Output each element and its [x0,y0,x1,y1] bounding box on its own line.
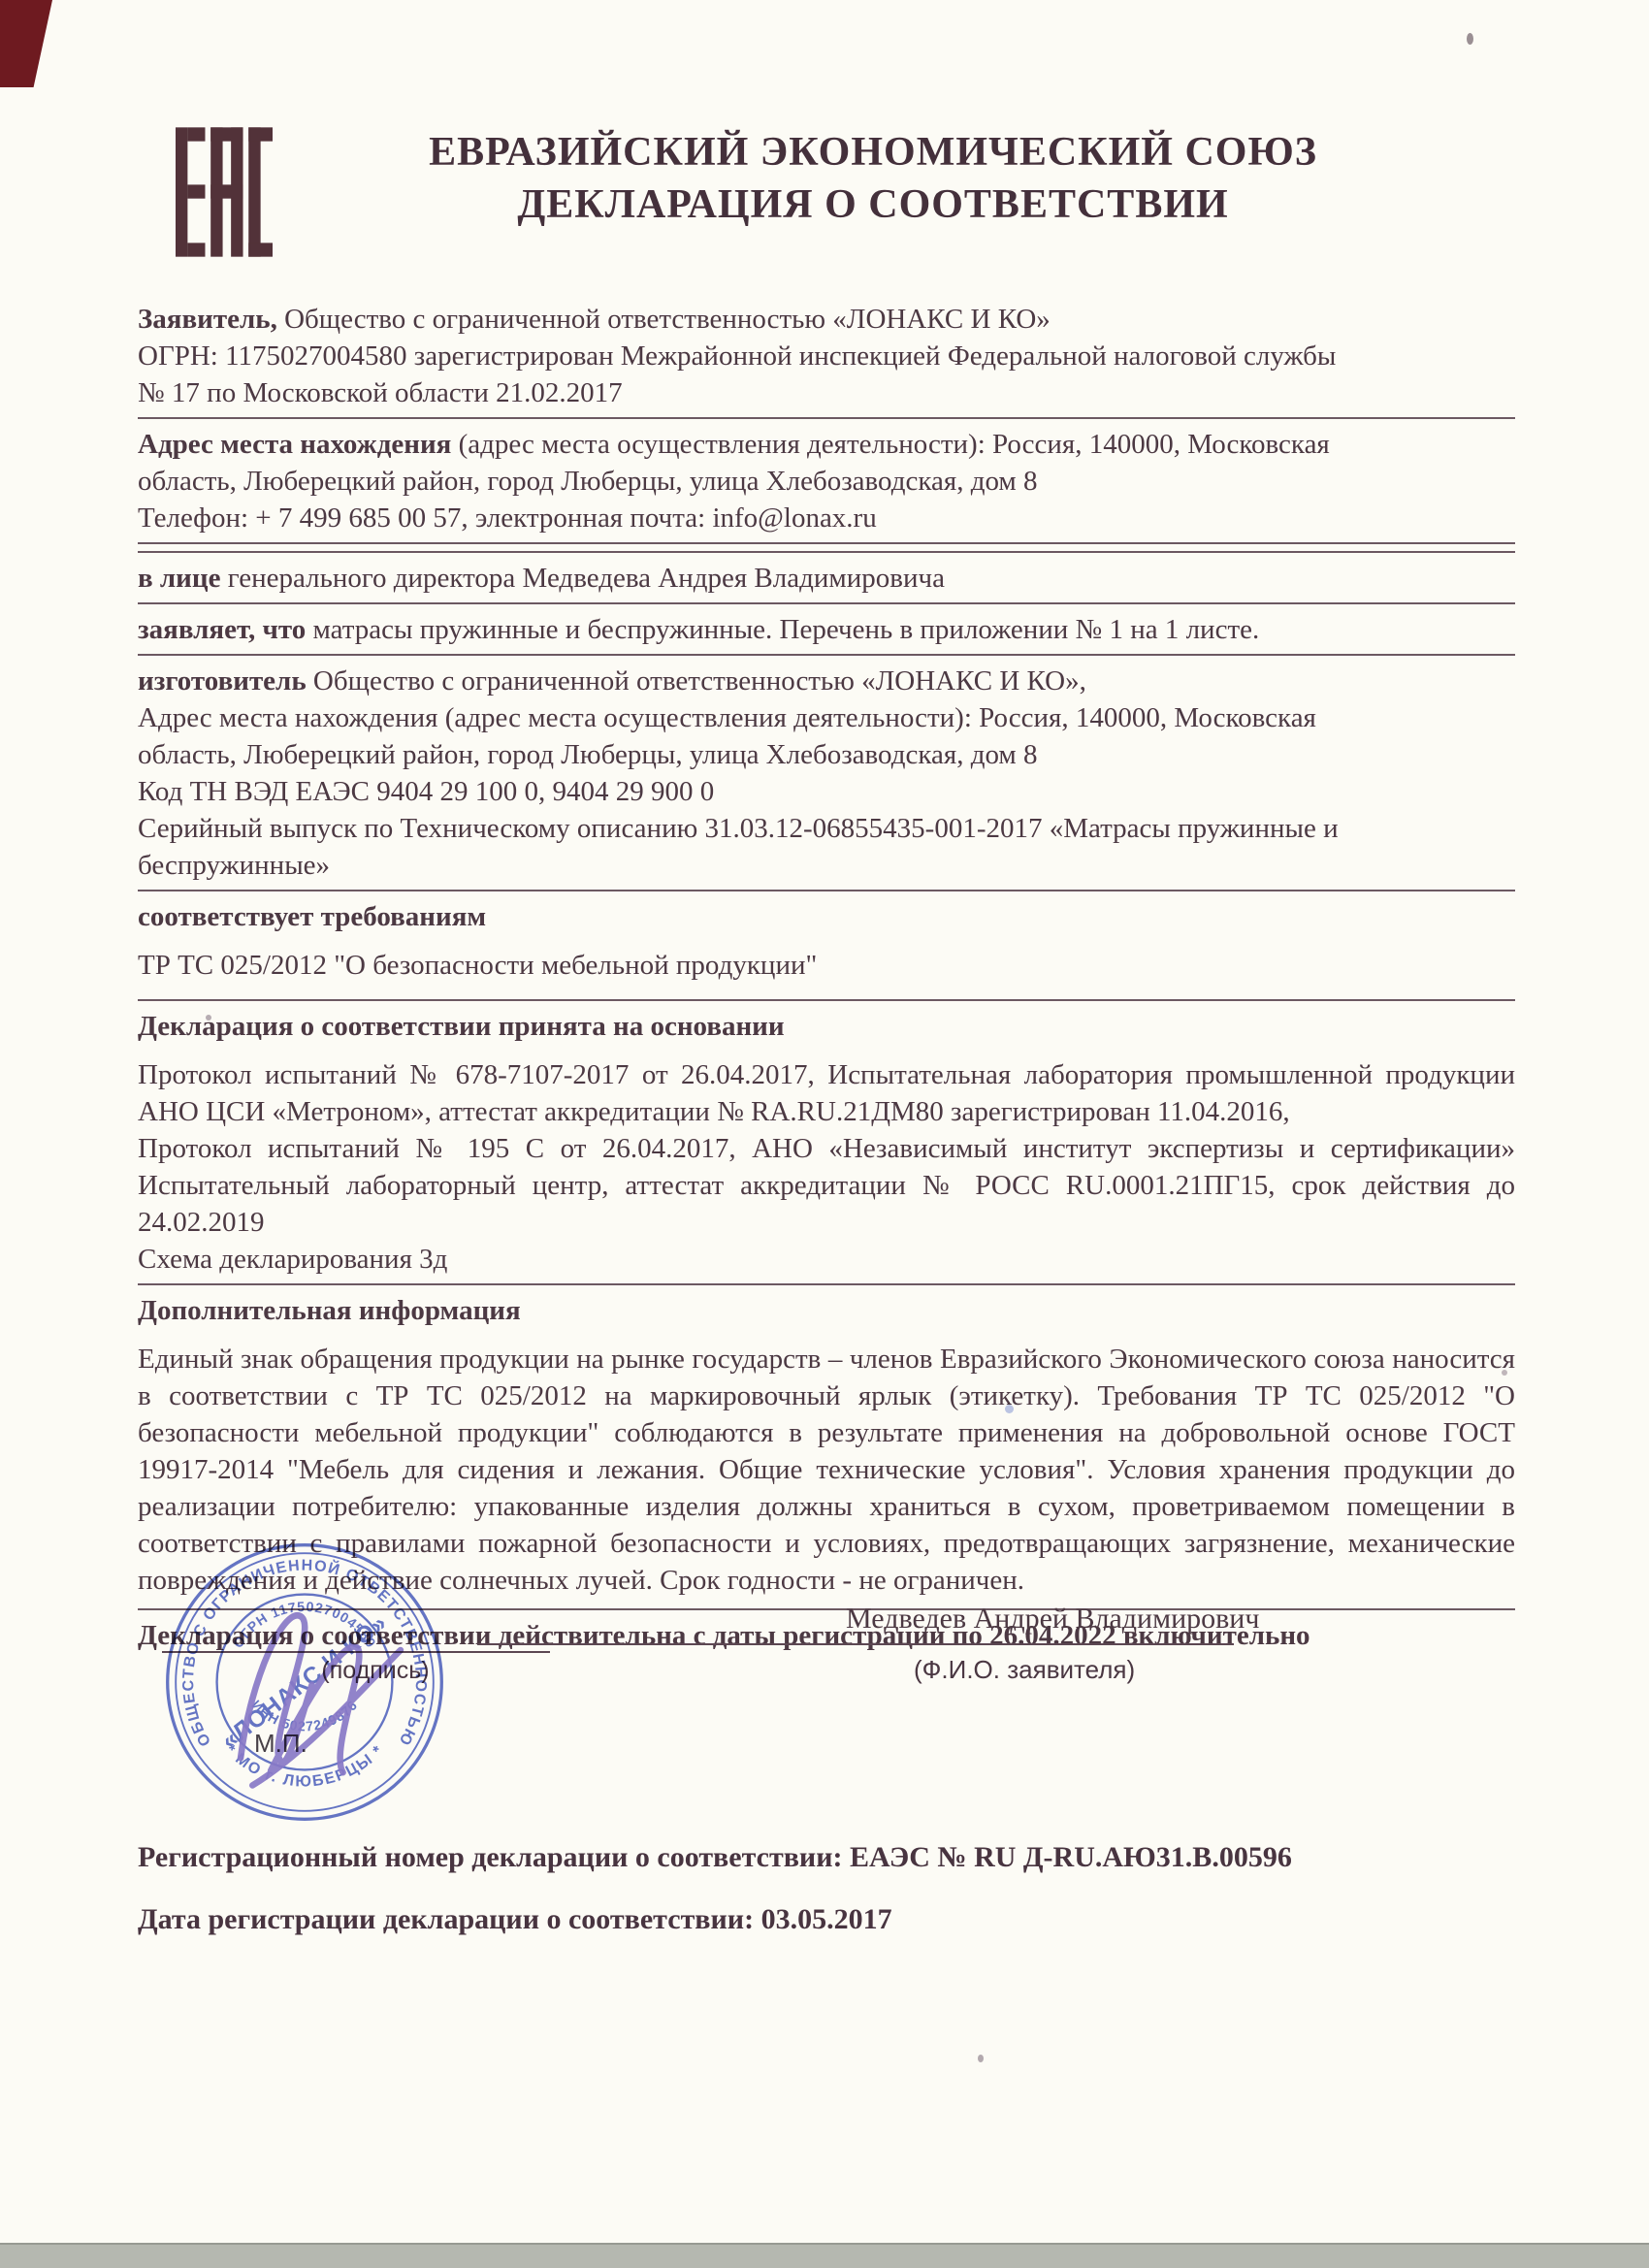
title-union: ЕВРАЗИЙСКИЙ ЭКОНОМИЧЕСКИЙ СОЮЗ [272,126,1474,178]
registration-block: Регистрационный номер декларации о соотв… [138,1841,1515,1936]
manufacturer-name: Общество с ограниченной ответственностью… [307,665,1086,697]
address-phone: Телефон: + 7 499 685 00 57, электронная … [138,500,1515,536]
applicant-name: Общество с ограниченной ответственностью… [277,304,1051,335]
manufacturer-address2: область, Люберецкий район, город Люберцы… [138,736,1515,773]
document-title: ЕВРАЗИЙСКИЙ ЭКОНОМИЧЕСКИЙ СОЮЗ ДЕКЛАРАЦИ… [272,126,1474,231]
basis-heading: Декларация о соответствии принята на осн… [138,1008,1515,1045]
registration-number: Регистрационный номер декларации о соотв… [138,1841,1515,1874]
section-declares: заявляет, что матрасы пружинные и беспру… [138,611,1515,648]
scan-speck [1005,1405,1014,1413]
applicant-fullname: Медведев Андрей Владимирович [846,1603,1259,1636]
address-label: Адрес места нахождения [138,429,451,460]
title-declaration: ДЕКЛАРАЦИЯ О СООТВЕТСТВИИ [272,178,1474,231]
applicant-ogrn: ОГРН: 1175027004580 зарегистрирован Межр… [138,338,1515,374]
divider [138,999,1515,1001]
section-in-person: в лице генерального директора Медведева … [138,560,1515,597]
manufacturer-label: изготовитель [138,665,307,697]
manufacturer-serial2: беспружинные» [138,847,1515,884]
declaration-document: ЕВРАЗИЙСКИЙ ЭКОНОМИЧЕСКИЙ СОЮЗ ДЕКЛАРАЦИ… [0,0,1649,2268]
address-line1: (адрес места осуществления деятельности)… [451,429,1329,460]
section-address: Адрес места нахождения (адрес места осущ… [138,426,1515,536]
basis-protocol-2: Протокол испытаний № 195 С от 26.04.2017… [138,1130,1515,1241]
declares-label: заявляет, что [138,614,306,645]
applicant-label: Заявитель, [138,304,277,335]
applicant-reg-date: № 17 по Московской области 21.02.2017 [138,374,1515,411]
fullname-line [477,1643,1234,1645]
compliance-heading: соответствует требованиям [138,898,1515,935]
compliance-text: ТР ТС 025/2012 "О безопасности мебельной… [138,947,1515,984]
in-person-label: в лице [138,563,220,594]
company-stamp: ОБЩЕСТВО С ОГРАНИЧЕННОЙ ОТВЕТСТВЕННОСТЬЮ… [163,1540,446,1824]
in-person-text: генерального директора Медведева Андрея … [220,563,944,594]
scan-speck [1502,1370,1507,1376]
document-body: Заявитель, Общество с ограниченной ответ… [138,301,1515,1654]
divider [138,602,1515,604]
divider [138,890,1515,891]
address-line2: область, Люберецкий район, город Люберцы… [138,463,1515,500]
basis-protocol-1: Протокол испытаний № 678-7107-2017 от 26… [138,1056,1515,1130]
basis-scheme: Схема декларирования 3д [138,1241,1515,1278]
additional-heading: Дополнительная информация [138,1292,1515,1329]
section-manufacturer: изготовитель Общество с ограниченной отв… [138,663,1515,884]
declares-text: матрасы пружинные и беспружинные. Перече… [306,614,1259,645]
eac-logo [176,124,273,260]
fullname-caption: (Ф.И.О. заявителя) [914,1655,1135,1685]
divider-double [138,542,1515,553]
scan-bottom-edge [0,2243,1649,2268]
divider [138,654,1515,656]
divider [138,417,1515,419]
scan-speck [978,2055,984,2062]
divider [138,1283,1515,1285]
manufacturer-address1: Адрес места нахождения (адрес места осущ… [138,699,1515,736]
scan-speck [206,1015,211,1021]
manufacturer-tnved: Код ТН ВЭД ЕАЭС 9404 29 100 0, 9404 29 9… [138,773,1515,810]
section-applicant: Заявитель, Общество с ограниченной ответ… [138,301,1515,411]
manufacturer-serial1: Серийный выпуск по Техническому описанию… [138,810,1515,847]
registration-date: Дата регистрации декларации о соответств… [138,1903,1515,1936]
scan-speck [1467,33,1473,45]
scan-corner-artifact [0,0,52,87]
